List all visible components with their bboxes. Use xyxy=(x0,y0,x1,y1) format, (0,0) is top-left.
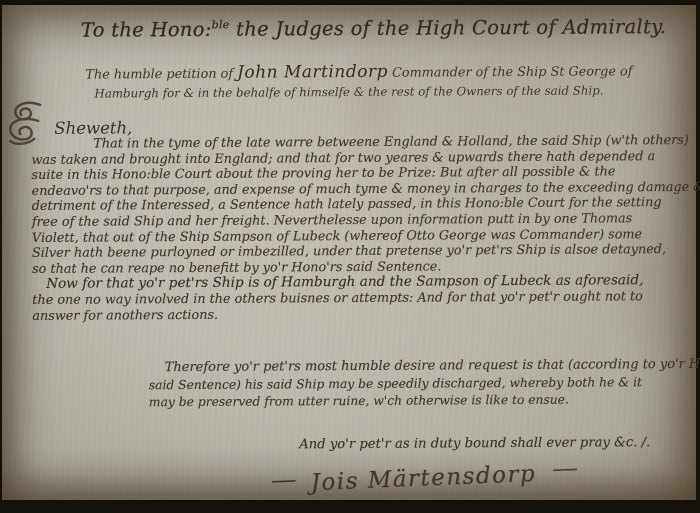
petition-body: That in the tyme of the late warre betwe… xyxy=(31,133,674,324)
signature-flourish-left: — xyxy=(270,465,295,496)
petition-text-before: The humble petition of xyxy=(85,67,237,83)
signature-flourish-right: — xyxy=(551,453,576,484)
title-rest: the Judges of the High Court of Admiralt… xyxy=(230,15,667,41)
signature: —Jois Märtensdorp— xyxy=(203,451,644,501)
petition-preamble: The humble petition of John Martindorp C… xyxy=(57,61,661,104)
petition-text-after: Commander of the Ship St George of xyxy=(388,64,633,80)
page-title: To the Hono:ble the Judges of the High C… xyxy=(65,15,683,42)
petitioner-name: John Martindorp xyxy=(237,62,388,83)
title-superscript: ble xyxy=(212,18,230,31)
petition-prayer: Therefore yo'r pet'rs most humble desire… xyxy=(149,357,671,411)
petition-line: Hamburgh for & in the behalfe of himself… xyxy=(57,81,661,104)
manuscript-content: To the Hono:ble the Judges of the High C… xyxy=(0,3,697,502)
prayer-line: said Sentence) his said Ship may be spee… xyxy=(149,374,671,394)
sheweth-heading: Sheweth, xyxy=(54,118,132,137)
signature-name: Jois Märtensdorp xyxy=(310,461,536,496)
closing-line: And yo'r pet'r as in duty bound shall ev… xyxy=(299,435,650,452)
manuscript-paper: To the Hono:ble the Judges of the High C… xyxy=(2,5,696,500)
title-prefix: To the Hono: xyxy=(81,18,212,42)
body-line: answer for anothers actions. xyxy=(32,305,674,325)
prayer-line: may be preserved from utter ruine, w'ch … xyxy=(149,391,671,411)
manuscript-photo: To the Hono:ble the Judges of the High C… xyxy=(0,0,700,513)
